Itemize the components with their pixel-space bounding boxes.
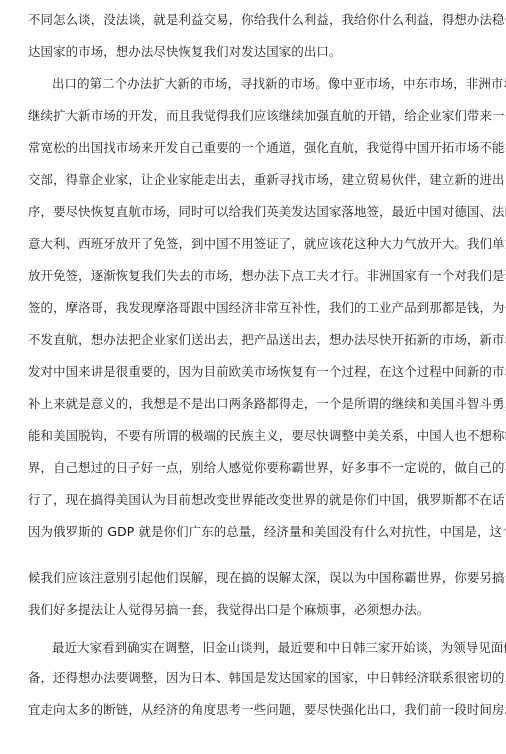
text-line: 序，要尽快恢复直航市场，同时可以给我们英美发达国家落地签，最近中国对德国、法国、 [28,202,468,222]
text-line: 补上来就是意义的，我想是不是出口两条路都得走，一个是所谓的继续和美国斗智斗勇，不 [28,394,468,414]
text-line: 不发直航，想办法把企业家们送出去，把产品送出去，想办法尽快开拓新的市场，新市场开 [28,330,468,350]
text-line: 达国家的市场，想办法尽快恢复我们对发达国家的出口。 [28,42,468,62]
text-line: 意大利、西班牙放开了免签，到中国不用签证了，就应该花这种大力气放开大。我们单方先 [28,234,468,254]
text-line: 行了，现在搞得美国认为目前想改变世界能改变世界的就是你们中国，俄罗斯都不在话下， [28,490,468,510]
text-line: 放开免签，逐渐恢复我们失去的市场，想办法下点工夫才行。非洲国家有一个对我们是落地 [28,266,468,286]
text-line: 界，自己想过的日子好一点，别给人感觉你要称霸世界，好多事不一定说的，做自己的事就 [28,458,468,478]
paragraph-start-line: 最近大家看到确实在调整，旧金山谈判，最近要和中日韩三家开始谈，为领导见面做准 [52,638,468,658]
document-page: 不同怎么谈，没法谈，就是利益交易，你给我什么利益，我给你什么利益，得想办法稳住发… [0,0,506,754]
text-line: 不同怎么谈，没法谈，就是利益交易，你给我什么利益，我给你什么利益，得想办法稳住发 [28,10,468,30]
text-line: 能和美国脱钩，不要有所谓的极端的民族主义，要尽快调整中美关系，中国人也不想称霸世 [28,426,468,446]
text-line: 候我们应该注意别引起他们误解，现在搞的误解太深，误以为中国称霸世界，你要另搞一套… [28,568,468,588]
text-line: 签的，摩洛哥，我发现摩洛哥跟中国经济非常互补性，我们的工业产品到那都是钱，为什么 [28,298,468,318]
paragraph-start-line: 出口的第二个办法扩大新的市场，寻找新的市场。像中亚市场，中东市场，非洲市场， [52,74,468,94]
text-line: 发对中国来讲是很重要的，因为目前欧美市场恢复有一个过程，在这个过程中间新的市场递 [28,362,468,382]
text-line: 我们好多提法让人觉得另搞一套，我觉得出口是个麻烦事，必须想办法。 [28,600,468,620]
text-line: 常宽松的出国找市场来开发自己重要的一个通道，强化直航，我觉得中国开拓市场不能靠外 [28,138,468,158]
text-line: 备，还得想办法要调整，因为日本、韩国是发达国家的国家，中日韩经济联系很密切的，不 [28,668,468,688]
text-line: 宜走向太多的断链，从经济的角度思考一些问题，要尽快强化出口，我们前一段时间房地产 [28,700,468,720]
text-line: 交部，得靠企业家，让企业家能走出去，重新寻找市场，建立贸易伙伴，建立新的进出口秩 [28,170,468,190]
text-line: 继续扩大新市场的开发，而且我觉得我们应该继续加强直航的开错，给企业家们带来一个非 [28,106,468,126]
text-line: 因为俄罗斯的 GDP 就是你们广东的总量，经济量和美国没有什么对抗性，中国是，这… [28,522,468,542]
